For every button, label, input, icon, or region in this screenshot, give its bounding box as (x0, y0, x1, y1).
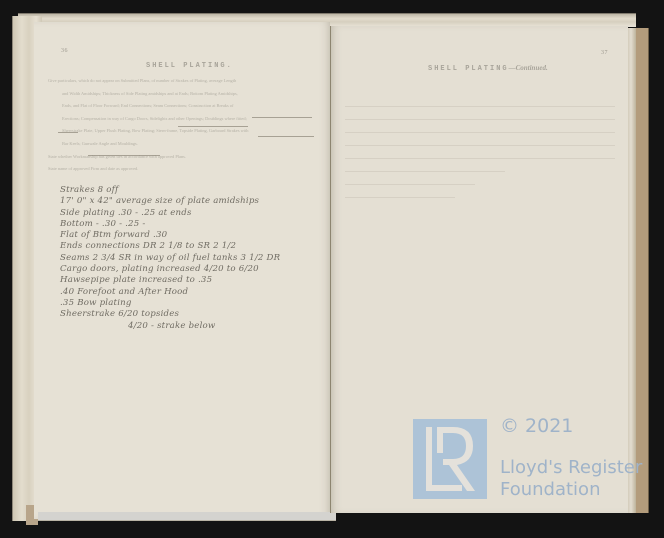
instruction-line: and Width Amidships; Thickness of Side P… (48, 88, 320, 101)
right-page-number: 37 (601, 50, 608, 56)
lr-logo (413, 419, 487, 499)
instruction-line: Give particulars, which do not appear on… (48, 75, 320, 88)
note-line: .35 Bow plating (60, 298, 310, 309)
bleed-through-line (345, 184, 475, 185)
handwritten-notes: Strakes 8 off 17' 0" x 42" average size … (60, 185, 310, 332)
note-line: Seams 2 3/4 SR in way of oil fuel tanks … (60, 253, 310, 264)
pencil-underline (252, 117, 312, 118)
left-page-bottom-edge (38, 512, 336, 521)
right-page-title: SHELL PLATING—Continued. (428, 64, 548, 73)
bleed-through-line (345, 145, 615, 146)
right-page-title-suffix: —Continued. (509, 64, 548, 72)
instruction-line: Erections; Compensation in way of Cargo … (48, 113, 320, 126)
left-page-number: 36 (61, 48, 68, 54)
watermark-org-line1: Lloyd's Register (500, 457, 642, 478)
instruction-line: State whether Workmanship has given ties… (48, 151, 320, 164)
note-line: 17' 0" x 42" average size of plate amids… (60, 196, 310, 207)
note-line: Hawsepipe plate increased to .35 (60, 275, 310, 286)
note-line: Cargo doors, plating increased 4/20 to 6… (60, 264, 310, 275)
scan-stage: 36 SHELL PLATING. Give particulars, whic… (0, 0, 664, 538)
note-line: 4/20 - strake below (60, 321, 310, 332)
pencil-underline (178, 126, 248, 127)
bleed-through-line (345, 106, 615, 107)
right-page-title-text: SHELL PLATING (428, 65, 509, 73)
pencil-underline (88, 155, 160, 156)
bleed-through-line (345, 171, 505, 172)
note-line: Side plating .30 - .25 at ends (60, 208, 310, 219)
note-line: Ends connections DR 2 1/8 to SR 2 1/2 (60, 241, 310, 252)
note-line: Strakes 8 off (60, 185, 310, 196)
bleed-through-line (345, 197, 455, 198)
watermark-org-line2: Foundation (500, 479, 600, 500)
left-page-title: SHELL PLATING. (146, 62, 233, 70)
bleed-through-line (345, 132, 615, 133)
pencil-underline (58, 132, 78, 133)
bleed-through-line (345, 158, 615, 159)
lr-logo-icon (413, 419, 487, 499)
note-line: Sheerstrake 6/20 topsides (60, 309, 310, 320)
watermark-copyright: © 2021 (500, 415, 573, 437)
instruction-line: Bar Keels; Gunwale Angle and Mouldings. (48, 138, 320, 151)
pencil-underline (258, 136, 314, 137)
note-line: Bottom - .30 - .25 - (60, 219, 310, 230)
note-line: .40 Forefoot and After Hood (60, 287, 310, 298)
book-cover-edge (636, 28, 649, 513)
note-line: Flat of Btm forward .30 (60, 230, 310, 241)
instruction-line: State name of approved Firm and date as … (48, 163, 320, 176)
bleed-through-line (345, 119, 615, 120)
instruction-line: Ends, and Flat of Floor Forward; End Con… (48, 100, 320, 113)
